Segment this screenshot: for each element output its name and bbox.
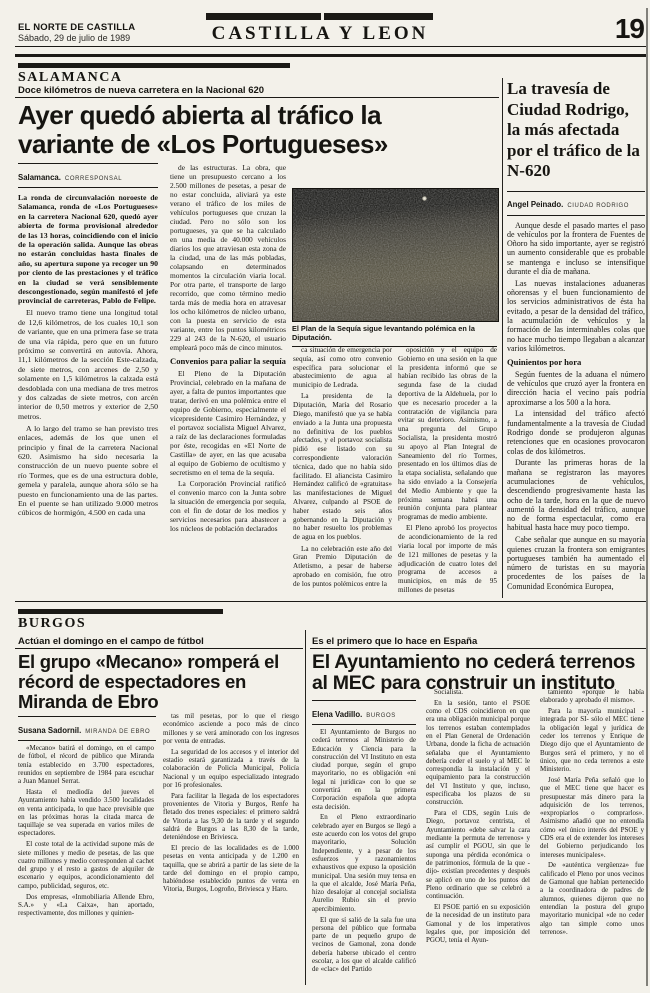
column-text: de las estructuras. La obra, que tiene u… bbox=[170, 163, 286, 533]
body-paragraph: Las nuevas instalaciones aduaneras oñore… bbox=[507, 279, 645, 353]
photo-grain-texture bbox=[293, 189, 498, 321]
body-paragraph: El nuevo tramo tiene una longitud total … bbox=[18, 308, 158, 421]
body-paragraph: «Mecano» batirá el domingo, en el campo … bbox=[18, 744, 154, 785]
photo-caption: El Plan de la Sequía sigue levantando po… bbox=[292, 324, 497, 347]
column-text: «Mecano» batirá el domingo, en el campo … bbox=[18, 744, 154, 917]
body-paragraph: El Ayuntamiento de Burgos no cederá terr… bbox=[312, 728, 416, 811]
article-column: Salamanca. CORRESPONSAL La ronda de circ… bbox=[18, 163, 158, 600]
column-divider-top bbox=[502, 78, 503, 598]
byline-name: Angel Peinado. bbox=[507, 200, 563, 209]
body-paragraph: A lo largo del tramo se han previsto tre… bbox=[18, 424, 158, 518]
masthead-bar-left bbox=[206, 13, 321, 20]
kicker-mec: Es el primero que lo hace en España bbox=[312, 636, 477, 647]
byline-name: Susana Sadornil. bbox=[18, 726, 81, 735]
body-paragraph: Dos empresas, «Inmobiliaria Allende Ebro… bbox=[18, 893, 154, 918]
byline-name: Salamanca. bbox=[18, 173, 61, 182]
header-rule-thin bbox=[15, 46, 646, 47]
article-column: tamiento «porque le había elaborado y ap… bbox=[540, 688, 644, 984]
article-column: oposición y el equipo de Gobierno en una… bbox=[398, 346, 497, 599]
byline-place: CIUDAD RODRIGO bbox=[567, 203, 629, 209]
body-paragraph: Socialista. bbox=[426, 688, 530, 696]
body-paragraph: Durante las primeras horas de la mañana … bbox=[507, 458, 645, 532]
section-divider-rule bbox=[15, 601, 646, 602]
column-text: Aunque desde el pasado martes el paso de… bbox=[507, 221, 645, 594]
body-paragraph: tas mil pesetas, por lo que el riesgo ec… bbox=[163, 712, 299, 745]
body-paragraph: Para la mayoría municipal -integrada por… bbox=[540, 707, 644, 773]
headline-travesia: La travesía de Ciudad Rodrigo, la más af… bbox=[507, 79, 645, 182]
byline: Angel Peinado. CIUDAD RODRIGO bbox=[507, 191, 645, 216]
burgos-bar bbox=[18, 609, 223, 614]
article-column: tas mil pesetas, por lo que el riesgo ec… bbox=[163, 712, 299, 984]
headline-variante: Ayer quedó abierta al tráfico la variant… bbox=[18, 101, 468, 159]
drought-field-photo bbox=[292, 188, 499, 322]
body-paragraph: Para el CDS, según Luis de Diego, portav… bbox=[426, 809, 530, 900]
article-column: «Mecano» batirá el domingo, en el campo … bbox=[18, 744, 154, 984]
body-paragraph: La presidenta de la Diputación, María de… bbox=[293, 392, 392, 542]
subheadline: Quinientos por hora bbox=[507, 357, 645, 367]
body-paragraph: Según fuentes de la aduana el número de … bbox=[507, 370, 645, 407]
page-number: 19 bbox=[615, 13, 644, 45]
article-column: El Ayuntamiento de Burgos no cederá terr… bbox=[312, 728, 416, 984]
scan-edge bbox=[646, 8, 648, 986]
section-label-salamanca: SALAMANCA bbox=[18, 70, 123, 86]
body-paragraph: La no celebración este año del Gran Prem… bbox=[293, 545, 392, 589]
body-paragraph: de las estructuras. La obra, que tiene u… bbox=[170, 163, 286, 352]
byline: Elena Vadillo. BURGOS bbox=[312, 700, 416, 725]
column-text: oposición y el equipo de Gobierno en una… bbox=[398, 346, 497, 595]
column-text: La ronda de circunvalación noroeste de S… bbox=[18, 193, 158, 518]
body-paragraph: El Pleno de la Diputación Provincial, ce… bbox=[170, 369, 286, 477]
salamanca-bar bbox=[18, 63, 290, 68]
body-paragraph: El que sí salió de la sala fue una perso… bbox=[312, 916, 416, 974]
column-text: El Ayuntamiento de Burgos no cederá terr… bbox=[312, 728, 416, 974]
article-column: de las estructuras. La obra, que tiene u… bbox=[170, 163, 286, 600]
light-spot bbox=[422, 196, 427, 201]
kicker-rule bbox=[15, 648, 303, 649]
body-paragraph: Hasta el mediodía del jueves el Ayuntami… bbox=[18, 788, 154, 838]
body-paragraph: En la sesión, tanto el PSOE como el CDS … bbox=[426, 699, 530, 807]
byline-place: MIRANDA DE EBRO bbox=[85, 729, 150, 735]
body-paragraph: oposición y el equipo de Gobierno en una… bbox=[398, 346, 497, 522]
body-paragraph: En el Pleno extraordinario celebrado aye… bbox=[312, 813, 416, 913]
column-text: Socialista.En la sesión, tanto el PSOE c… bbox=[426, 688, 530, 944]
body-paragraph: El precio de las localidades es de 1.000… bbox=[163, 844, 299, 894]
body-paragraph: El Pleno aprobó los proyectos de acondic… bbox=[398, 524, 497, 594]
byline: Susana Sadornil. MIRANDA DE EBRO bbox=[18, 716, 156, 741]
section-title: CASTILLA Y LEON bbox=[160, 23, 480, 45]
column-text: tamiento «porque le había elaborado y ap… bbox=[540, 688, 644, 936]
body-paragraph: La intensidad del tráfico afectó fundame… bbox=[507, 409, 645, 455]
body-paragraph: El coste total de la actividad supone má… bbox=[18, 840, 154, 890]
body-paragraph: ca situación de emergencia por sequía, a… bbox=[293, 346, 392, 390]
column-text: tas mil pesetas, por lo que el riesgo ec… bbox=[163, 712, 299, 894]
kicker-mecano: Actúan el domingo en el campo de fútbol bbox=[18, 636, 204, 647]
body-paragraph: Aunque desde el pasado martes el paso de… bbox=[507, 221, 645, 277]
body-paragraph: Cabe señalar que aunque en su mayoría qu… bbox=[507, 535, 645, 591]
body-paragraph: De «auténtica vergüenza» fue calificado … bbox=[540, 861, 644, 936]
section-label-burgos: BURGOS bbox=[18, 616, 86, 632]
byline-name: Elena Vadillo. bbox=[312, 710, 362, 719]
body-paragraph: tamiento «porque le había elaborado y ap… bbox=[540, 688, 644, 705]
body-paragraph: La ronda de circunvalación noroeste de S… bbox=[18, 193, 158, 306]
article-column: ca situación de emergencia por sequía, a… bbox=[293, 346, 392, 599]
headline-mecano: El grupo «Mecano» romperá el récord de e… bbox=[18, 652, 296, 712]
travesia-article: La travesía de Ciudad Rodrigo, la más af… bbox=[507, 79, 645, 599]
body-paragraph: Para facilitar la llegada de los especta… bbox=[163, 792, 299, 842]
byline-place: BURGOS bbox=[366, 713, 396, 719]
body-paragraph: La Corporación Provincial ratificó el co… bbox=[170, 479, 286, 533]
column-divider-bottom bbox=[305, 630, 306, 985]
newspaper-page: EL NORTE DE CASTILLA Sábado, 29 de julio… bbox=[0, 0, 650, 993]
kicker-variante: Doce kilómetros de nueva carretera en la… bbox=[18, 85, 264, 96]
newspaper-title: EL NORTE DE CASTILLA bbox=[18, 22, 135, 33]
byline-place: CORRESPONSAL bbox=[65, 176, 122, 182]
header-rule-thick bbox=[15, 54, 646, 57]
masthead-bar-right bbox=[324, 13, 433, 20]
edition-date: Sábado, 29 de julio de 1989 bbox=[18, 33, 130, 43]
kicker-rule bbox=[15, 97, 499, 98]
byline: Salamanca. CORRESPONSAL bbox=[18, 163, 158, 188]
body-paragraph: La seguridad de los accesos y el interio… bbox=[163, 748, 299, 789]
body-paragraph: El PSOE partió en su exposición de la ne… bbox=[426, 903, 530, 944]
kicker-rule bbox=[310, 648, 646, 649]
article-column: Socialista.En la sesión, tanto el PSOE c… bbox=[426, 688, 530, 984]
column-text: ca situación de emergencia por sequía, a… bbox=[293, 346, 392, 589]
body-paragraph: José María Peña señaló que lo que el MEC… bbox=[540, 776, 644, 859]
subheadline: Convenios para paliar la sequía bbox=[170, 356, 286, 366]
